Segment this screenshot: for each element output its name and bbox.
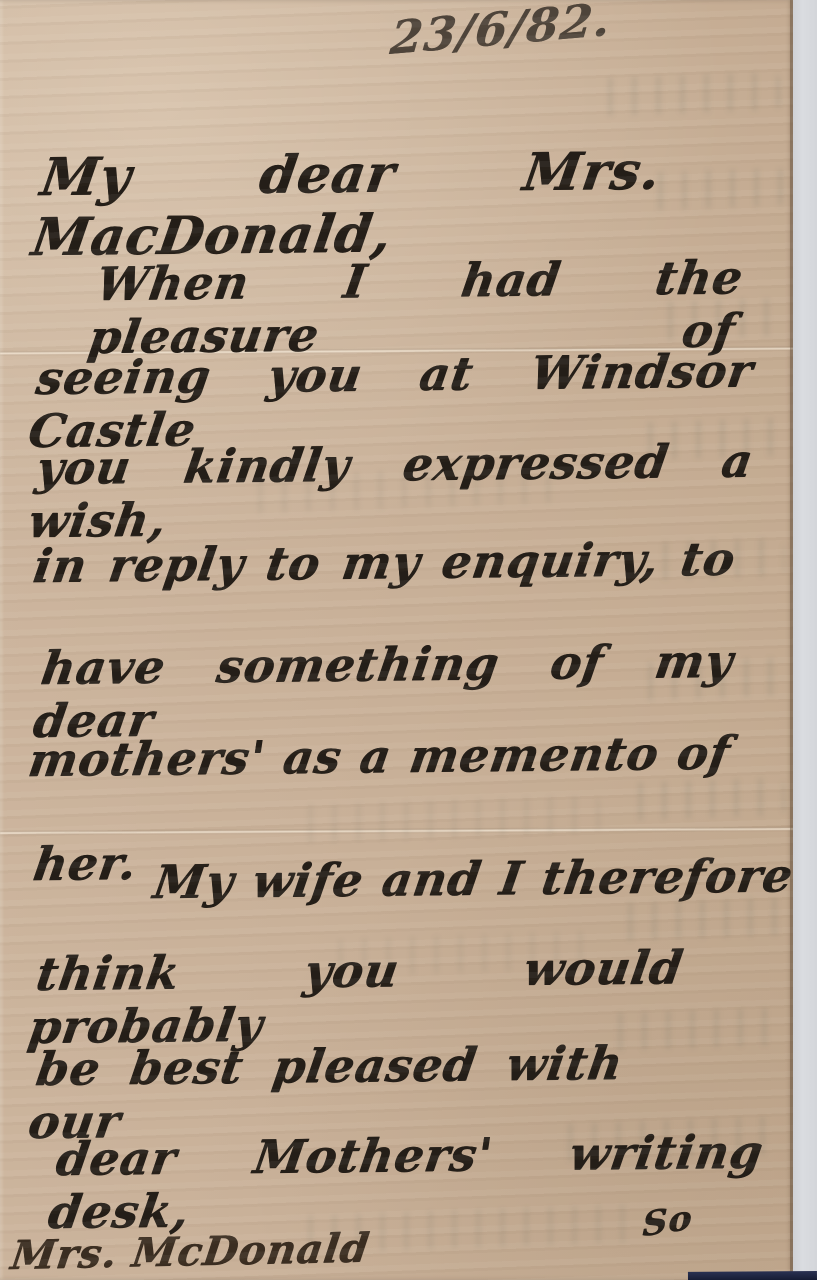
ink-bleedthrough: [299, 795, 600, 843]
scanner-backing: [793, 0, 817, 1280]
letter-line: My wife and I therefore: [150, 849, 797, 909]
paper-right-edge: [790, 0, 793, 1280]
letter-line: mothers' as a memento of: [25, 727, 734, 787]
scanned-letter: 23/6/82. My dear Mrs. MacDonald, When I …: [0, 0, 817, 1280]
letter-docket: Mrs. McDonald: [8, 1226, 372, 1279]
ink-bleedthrough: [629, 777, 785, 820]
letter-line: in reply to my enquiry, to: [30, 533, 739, 593]
letter-salutation: My dear Mrs. MacDonald,: [28, 142, 665, 268]
letter-line: you kindly expressed a wish,: [25, 435, 757, 548]
ink-bleedthrough: [599, 72, 780, 116]
catchword: So: [642, 1199, 693, 1245]
ink-bleedthrough: [649, 168, 785, 211]
letter-page: 23/6/82. My dear Mrs. MacDonald, When I …: [0, 0, 793, 1280]
letter-line: her.: [30, 837, 141, 891]
scan-dark-strip: [688, 1271, 817, 1280]
letter-date: 23/6/82.: [388, 0, 613, 65]
